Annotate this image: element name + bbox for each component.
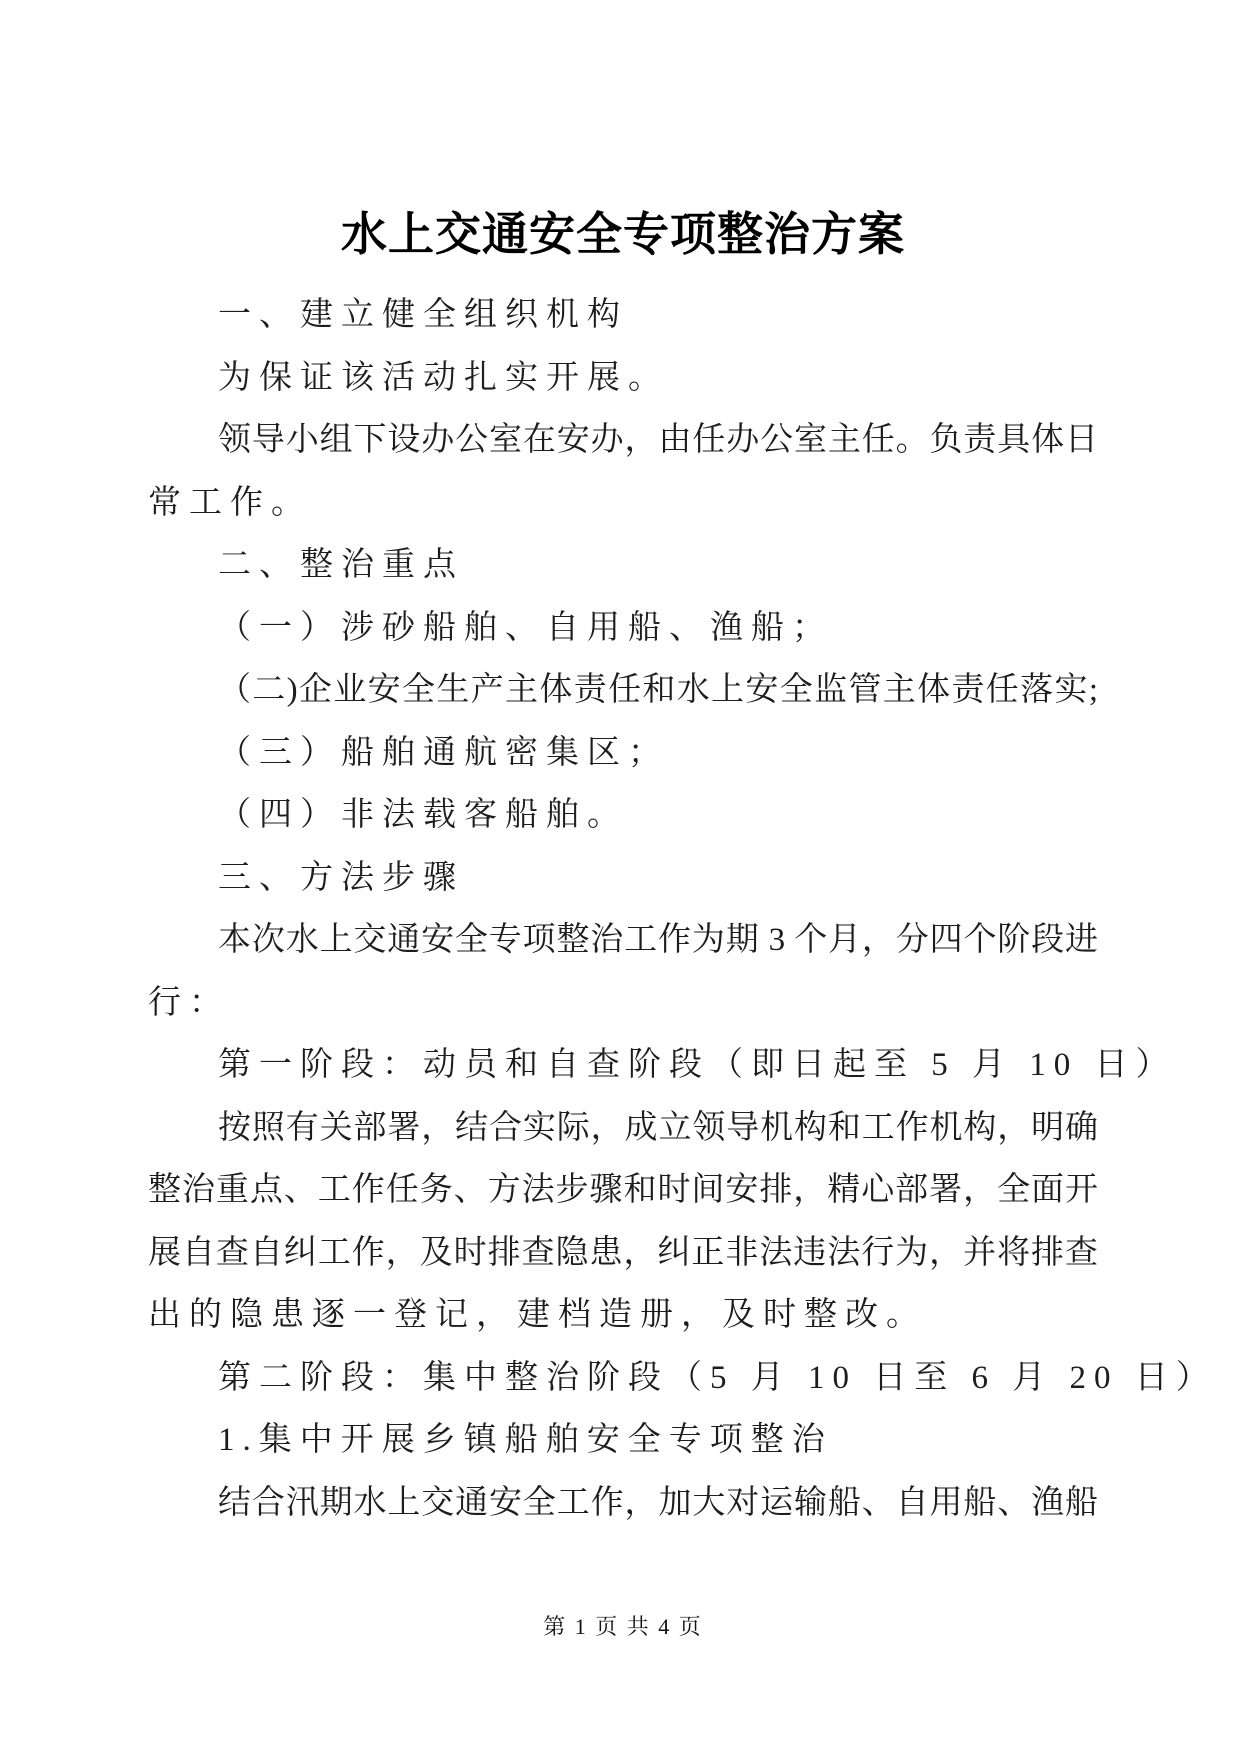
text-line: 二、整治重点 [148, 534, 1098, 597]
page-footer: 第 1 页 共 4 页 [148, 1612, 1098, 1642]
text-line: 三、方法步骤 [148, 847, 1098, 910]
text-line: 本次水上交通安全专项整治工作为期 3 个月，分四个阶段进 [148, 909, 1098, 972]
text-line: 展自查自纠工作，及时排查隐患，纠正非法违法行为，并将排查 [148, 1222, 1098, 1285]
text-line: 领导小组下设办公室在安办，由任办公室主任。负责具体日 [148, 409, 1098, 472]
text-line: 1.集中开展乡镇船舶安全专项整治 [148, 1409, 1098, 1472]
text-line: 行： [148, 972, 1098, 1035]
text-line: 为保证该活动扎实开展。 [148, 347, 1098, 410]
text-line: 第二阶段：集中整治阶段（5 月 10 日至 6 月 20 日） [148, 1347, 1098, 1410]
document-title: 水上交通安全专项整治方案 [148, 198, 1098, 272]
text-line: 出的隐患逐一登记，建档造册，及时整改。 [148, 1284, 1098, 1347]
document-page: 水上交通安全专项整治方案 一、建立健全组织机构为保证该活动扎实开展。领导小组下设… [0, 0, 1241, 1754]
text-line: 整治重点、工作任务、方法步骤和时间安排，精心部署，全面开 [148, 1159, 1098, 1222]
text-line: 第一阶段：动员和自查阶段（即日起至 5 月 10 日） [148, 1034, 1098, 1097]
text-line: （一）涉砂船舶、自用船、渔船； [148, 597, 1098, 660]
text-line: 结合汛期水上交通安全工作，加大对运输船、自用船、渔船 [148, 1472, 1098, 1535]
text-line: （三）船舶通航密集区； [148, 722, 1098, 785]
text-line: （二)企业安全生产主体责任和水上安全监管主体责任落实; [148, 659, 1098, 722]
text-line: 常工作。 [148, 472, 1098, 535]
text-line: 一、建立健全组织机构 [148, 284, 1098, 347]
document-body: 一、建立健全组织机构为保证该活动扎实开展。领导小组下设办公室在安办，由任办公室主… [148, 284, 1098, 1534]
text-line: （四）非法载客船舶。 [148, 784, 1098, 847]
text-line: 按照有关部署，结合实际，成立领导机构和工作机构，明确 [148, 1097, 1098, 1160]
